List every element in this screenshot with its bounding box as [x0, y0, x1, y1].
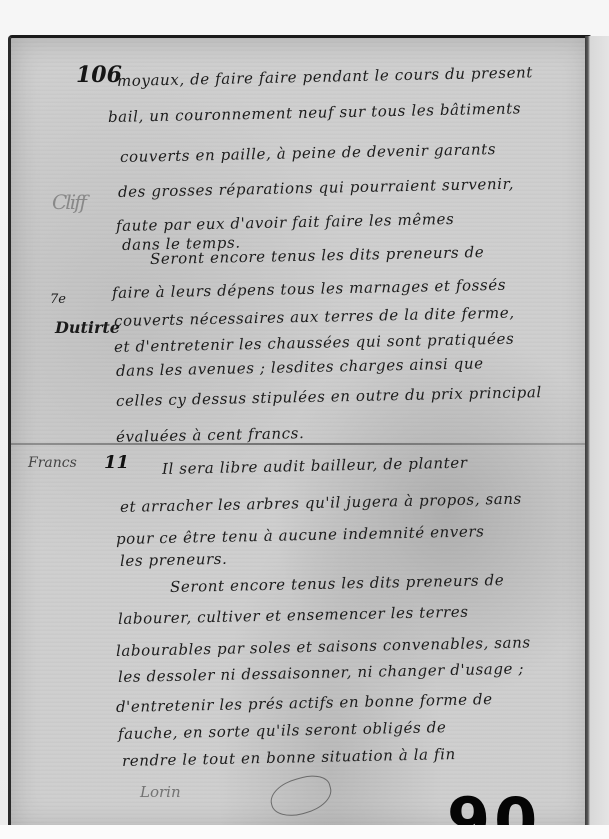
text-line: les preneurs.: [120, 550, 228, 570]
fold-line: [11, 443, 591, 445]
margin-note-mark: Francs: [28, 455, 77, 471]
scan-margin-bottom: [0, 825, 609, 839]
pencil-scribble: Cliff: [52, 190, 85, 214]
signature: Lorin: [140, 783, 181, 801]
margin-note-label: Dutirte: [55, 318, 120, 337]
page-binding-edge: [585, 36, 609, 826]
article-number: 11: [104, 452, 129, 473]
margin-note-ref: 7e: [50, 292, 66, 307]
folio-stamp: 90: [447, 790, 541, 826]
page-number: 106: [76, 62, 122, 88]
